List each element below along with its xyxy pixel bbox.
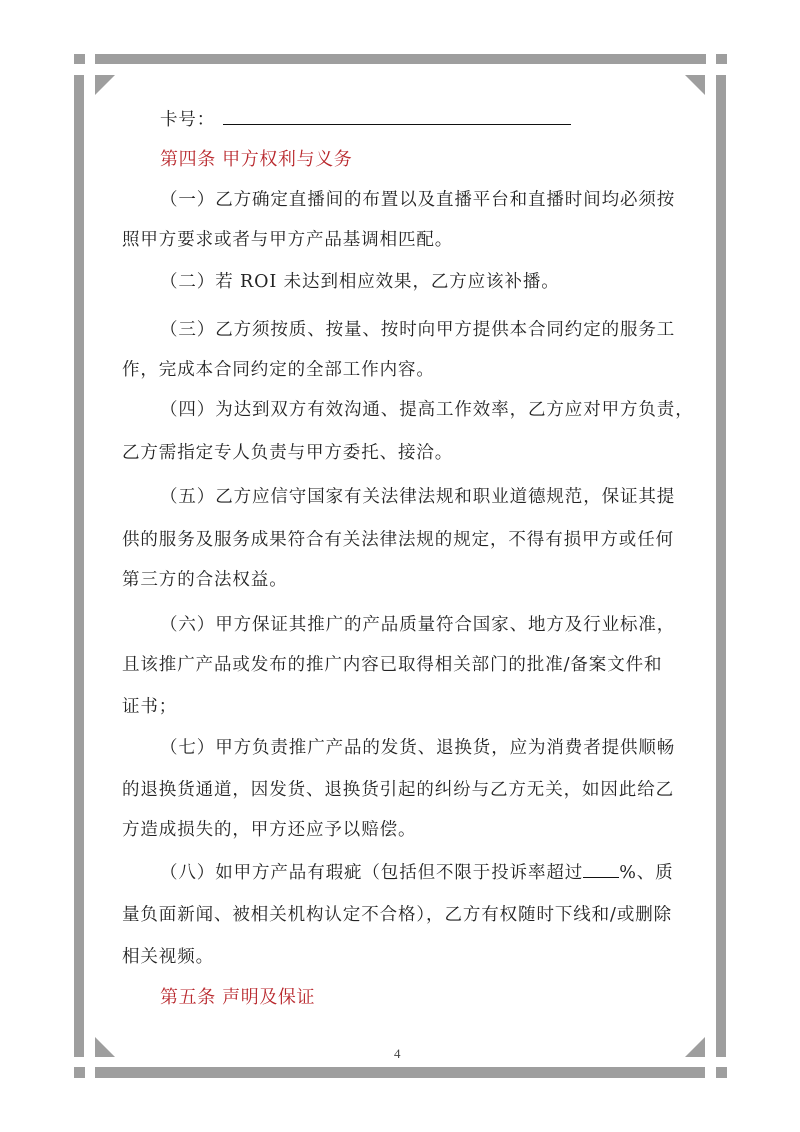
clause-1-line-1: （一）乙方确定直播间的布置以及直播平台和直播时间均必须按 xyxy=(160,189,718,211)
border-corner-br xyxy=(716,1067,727,1078)
page-number: 4 xyxy=(394,1046,401,1062)
complaint-rate-blank xyxy=(583,863,619,878)
card-number-line: 卡号： xyxy=(160,109,718,131)
border-bottom xyxy=(95,1067,705,1078)
clause-7-line-3: 方造成损失的，甲方还应予以赔偿。 xyxy=(122,819,680,841)
clause-6-line-2: 且该推广产品或发布的推广内容已取得相关部门的批准/备案文件和 xyxy=(122,654,680,676)
clause-8-line-1: （八）如甲方产品有瑕疵（包括但不限于投诉率超过%、质 xyxy=(160,862,718,884)
clause-7-line-1: （七）甲方负责推广产品的发货、退换货，应为消费者提供顺畅 xyxy=(160,737,718,759)
clause-3-line-1: （三）乙方须按质、按量、按时向甲方提供本合同约定的服务工 xyxy=(160,319,718,341)
clause-8-line-3: 相关视频。 xyxy=(122,946,680,968)
clause-3-line-2: 作，完成本合同约定的全部工作内容。 xyxy=(122,359,680,381)
border-top-right-seg xyxy=(650,54,706,64)
border-corner-tl xyxy=(74,54,85,64)
clause-4-line-2: 乙方需指定专人负责与甲方委托、接洽。 xyxy=(122,442,680,464)
clause-8-line-1-tail: %、质 xyxy=(619,863,673,883)
corner-triangle-br xyxy=(685,1037,705,1057)
clause-4-line-1: （四）为达到双方有效沟通、提高工作效率，乙方应对甲方负责， xyxy=(160,399,718,421)
clause-8-line-2: 量负面新闻、被相关机构认定不合格），乙方有权随时下线和/或删除 xyxy=(122,904,680,926)
clause-5-line-1: （五）乙方应信守国家有关法律法规和职业道德规范，保证其提 xyxy=(160,486,718,508)
clause-1-line-2: 照甲方要求或者与甲方产品基调相匹配。 xyxy=(122,229,680,251)
card-number-blank xyxy=(223,110,571,125)
border-top xyxy=(95,54,679,64)
border-corner-tr xyxy=(716,54,727,64)
border-left xyxy=(74,75,84,1057)
corner-triangle-bl xyxy=(95,1037,115,1057)
border-right xyxy=(716,75,726,1057)
clause-8-line-1-text: （八）如甲方产品有瑕疵（包括但不限于投诉率超过 xyxy=(160,863,583,883)
clause-6-line-1: （六）甲方保证其推广的产品质量符合国家、地方及行业标准， xyxy=(160,614,718,636)
card-number-label: 卡号： xyxy=(160,110,215,130)
section-four-heading: 第四条 甲方权利与义务 xyxy=(160,149,718,171)
clause-5-line-2: 供的服务及服务成果符合有关法律法规的规定，不得有损甲方或任何 xyxy=(122,529,680,551)
section-five-heading: 第五条 声明及保证 xyxy=(160,987,718,1009)
border-corner-bl xyxy=(74,1067,85,1078)
corner-triangle-tr xyxy=(685,75,705,95)
clause-7-line-2: 的退换货通道，因发货、退换货引起的纠纷与乙方无关，如因此给乙 xyxy=(122,779,680,801)
clause-6-line-3: 证书； xyxy=(122,696,680,718)
corner-triangle-tl xyxy=(95,75,115,95)
clause-5-line-3: 第三方的合法权益。 xyxy=(122,569,680,591)
clause-2-line-1: （二）若 ROI 未达到相应效果，乙方应该补播。 xyxy=(160,271,718,293)
